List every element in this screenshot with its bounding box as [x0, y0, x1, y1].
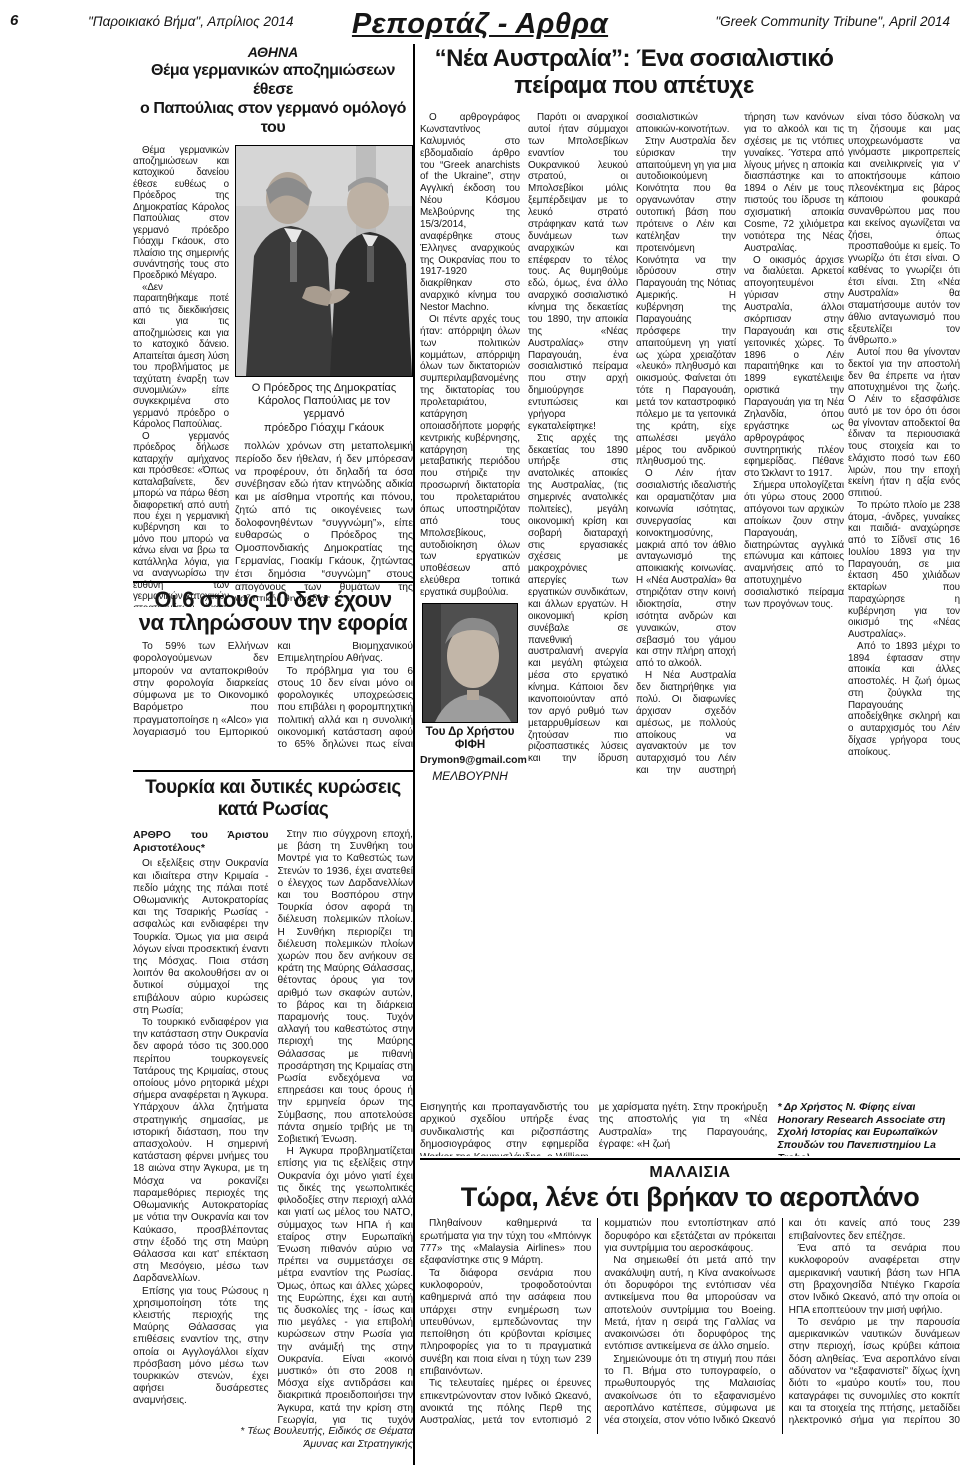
tax-headline-line2: να πληρώσουν την εφορία [133, 611, 413, 634]
rule-above-turkey [133, 770, 413, 772]
photo-caption-line2: Κάρολος Παπούλιας με τον γερμανό [237, 395, 411, 422]
australia-headline: “Νέα Αυστραλία”: Ένα σοσιαλιστικό πείραμ… [420, 46, 848, 100]
malaysia-headline: Τώρα, λένε ότι βρήκαν το αεροπλάνο [420, 1183, 960, 1211]
malaysia-body: Πληθαίνουν καθημερινά τα ερωτήματα για τ… [420, 1218, 960, 1434]
australia-headline-line2: πείραμα που απέτυχε [420, 73, 848, 100]
paragraph: Από το 1893 μέχρι το 1894 έφτασαν στην α… [848, 641, 960, 759]
article-turkey: Τουρκία και δυτικές κυρώσεις κατά Ρωσίας… [133, 777, 413, 1457]
australia-right-column: είναι τόσο δύσκολη να τη ζήσουμε και μας… [848, 112, 960, 1156]
athens-column-2: Ο Πρόεδρος της Δημοκρατίας Κάρολος Παπού… [235, 145, 413, 607]
page-header: 6 "Παροικιακό Βήμα", Απρίλιος 2014 Ρεπορ… [0, 8, 960, 48]
australia-paragraph: Ο Λέιν ήταν σοσιαλιστής ιδεαλιστής και ο… [636, 468, 736, 670]
paragraph: Να σημειωθεί ότι μετά από την ανακάλυψη … [604, 1255, 775, 1354]
australia-paragraph: Ο αρθρογράφος Κωνσταντίνος Καλυμνιός στο… [420, 112, 520, 314]
turkey-byline: ΑΡΘΡΟ του Άριστου Αριστοτέλους* [133, 829, 269, 854]
photo-caption-line1: Ο Πρόεδρος της Δημοκρατίας [237, 382, 411, 395]
paragraph: είναι τόσο δύσκολη να τη ζήσουμε και μας… [848, 112, 960, 347]
masthead-right: "Greek Community Tribune", April 2014 [715, 14, 950, 29]
author-portrait-photo [422, 603, 518, 723]
article-tax: Οι 6 στους 10 δεν έχουν να πληρώσουν την… [133, 588, 413, 759]
photo-caption: Ο Πρόεδρος της Δημοκρατίας Κάρολος Παπού… [237, 382, 411, 436]
athens-headline: Θέμα γερμανικών αποζημιώσεων έθεσε ο Παπ… [133, 62, 413, 138]
australia-footnote: * Δρ Χρήστος Ν. Φίφης είναι Honorary Res… [778, 1102, 960, 1156]
paragraph: Οι εξελίξεις στην Ουκρανία και ιδιαίτερα… [133, 858, 269, 1017]
turkey-footnote-line2: Άμυνας και Στρατηγικής [203, 1438, 413, 1451]
paragraph: Αυτοί που θα γίνονταν δεκτοί για την απο… [848, 347, 960, 500]
turkey-body: ΑΡΘΡΟ του Άριστου Αριστοτέλους* Οι εξελί… [133, 829, 413, 1427]
australia-paragraph: Ο οικισμός άρχισε να διαλύεται. Αρκετοί … [744, 255, 844, 481]
article-malaysia: ΜΑΛΑΙΣΙΑ Τώρα, λένε ότι βρήκαν το αεροπλ… [420, 1164, 960, 1434]
strip-cell-2: με χαρίσματα ηγέτη. Στην προκήρυξη της α… [599, 1102, 768, 1156]
author-email: Drymon9@gmail.com [420, 754, 520, 767]
photo-caption-line3: πρόεδρο Γιόαχιμ Γκάουκ [237, 422, 411, 435]
athens-kicker: ΑΘΗΝΑ [133, 44, 413, 60]
australia-paragraph: Στην Αυστραλία δεν εύρισκαν την απαιτούμ… [636, 136, 736, 469]
athens-headline-line1: Θέμα γερμανικών αποζημιώσεων έθεσε [133, 62, 413, 100]
turkey-footnote-line1: * Τέως Βουλευτής, Ειδικός σε Θέματα [203, 1425, 413, 1438]
author-city: ΜΕΛΒΟΥΡΝΗ [420, 769, 520, 783]
newspaper-page: 6 "Παροικιακό Βήμα", Απρίλιος 2014 Ρεπορ… [0, 0, 960, 1465]
tax-headline-line1: Οι 6 στους 10 δεν έχουν [133, 588, 413, 611]
tax-headline: Οι 6 στους 10 δεν έχουν να πληρώσουν την… [133, 588, 413, 634]
turkey-footnote: * Τέως Βουλευτής, Ειδικός σε Θέματα Άμυν… [203, 1425, 413, 1451]
handshake-photo [235, 145, 413, 377]
paragraph: Επίσης για τους Ρώσους η χρησιμοποίηση τ… [133, 1286, 269, 1408]
paragraph: πολλών χρόνων στη μεταπολεμική περίοδο δ… [235, 441, 413, 601]
column-divider-main [413, 44, 415, 1465]
paragraph: Ένα από τα σενάρια που κυκλοφορούν αναφέ… [789, 1243, 960, 1317]
strip-cell-1: Εισηγητής και προπαγανδιστής του αρχικού… [420, 1102, 589, 1156]
article-athens: ΑΘΗΝΑ Θέμα γερμανικών αποζημιώσεων έθεσε… [133, 44, 413, 607]
paragraph: Πληθαίνουν καθημερινά τα ερωτήματα για τ… [420, 1218, 591, 1267]
author-name: Του Δρ Χρήστου ΦΙΦΗ [420, 726, 520, 752]
athens-headline-line2: ο Παπούλιας στον γερμανό ομόλογό του [133, 100, 413, 138]
rule-above-malaysia [420, 1158, 960, 1160]
australia-bottom-strip: Εισηγητής και προπαγανδιστής του αρχικού… [420, 1102, 960, 1156]
athens-continuation: πολλών χρόνων στη μεταπολεμική περίοδο δ… [235, 441, 413, 601]
athens-body-row: Θέμα γερμανικών αποζημιώσεων και κατοχικ… [133, 145, 413, 607]
handshake-photo-graphic [236, 146, 413, 376]
paragraph: Τα διάφορα σενάρια που κυκλοφορούν, τροφ… [420, 1268, 591, 1379]
australia-body: Ο αρθρογράφος Κωνσταντίνος Καλυμνιός στο… [420, 112, 844, 1098]
turkey-paragraphs: Οι εξελίξεις στην Ουκρανία και ιδιαίτερα… [133, 829, 413, 1427]
malaysia-kicker: ΜΑΛΑΙΣΙΑ [420, 1164, 960, 1182]
australia-paragraph: Οι πέντε αρχές τους ήταν: απόρριψη όλων … [420, 314, 520, 599]
athens-column-1: Θέμα γερμανικών αποζημιώσεων και κατοχικ… [133, 145, 229, 607]
paragraph: Στην πιο σύγχρονη εποχή, με βάση τη Συνθ… [278, 829, 414, 1146]
rule-above-tax [133, 581, 413, 583]
australia-paragraph: Παρότι οι αναρχικοί αυτοί ήταν σύμμαχοι … [528, 112, 628, 433]
author-name-line2: ΦΙΦΗ [420, 739, 520, 752]
author-name-line1: Του Δρ Χρήστου [420, 726, 520, 739]
paragraph: Θέμα γερμανικών αποζημιώσεων και κατοχικ… [133, 145, 229, 282]
paragraph: Το πρώτο πλοίο με 238 άτομα, -άνδρες, γυ… [848, 500, 960, 641]
australia-headline-line1: “Νέα Αυστραλία”: Ένα σοσιαλιστικό [420, 46, 848, 73]
author-portrait-graphic [423, 604, 517, 722]
tax-body: Το 59% των Ελλήνων φορολογούμενων δεν μπ… [133, 641, 413, 759]
paragraph: «Δεν παραιτηθήκαμε ποτέ από τις διεκδική… [133, 282, 229, 431]
paragraph: Το τουρκικό ενδιαφέρον για την κατάσταση… [133, 1017, 269, 1285]
australia-paragraph: Σήμερα υπολογίζεται ότι γύρω στους 2000 … [744, 480, 844, 611]
author-block: Του Δρ Χρήστου ΦΙΦΗ Drymon9@gmail.com ΜΕ… [420, 603, 520, 783]
turkey-headline: Τουρκία και δυτικές κυρώσεις κατά Ρωσίας [133, 777, 413, 821]
